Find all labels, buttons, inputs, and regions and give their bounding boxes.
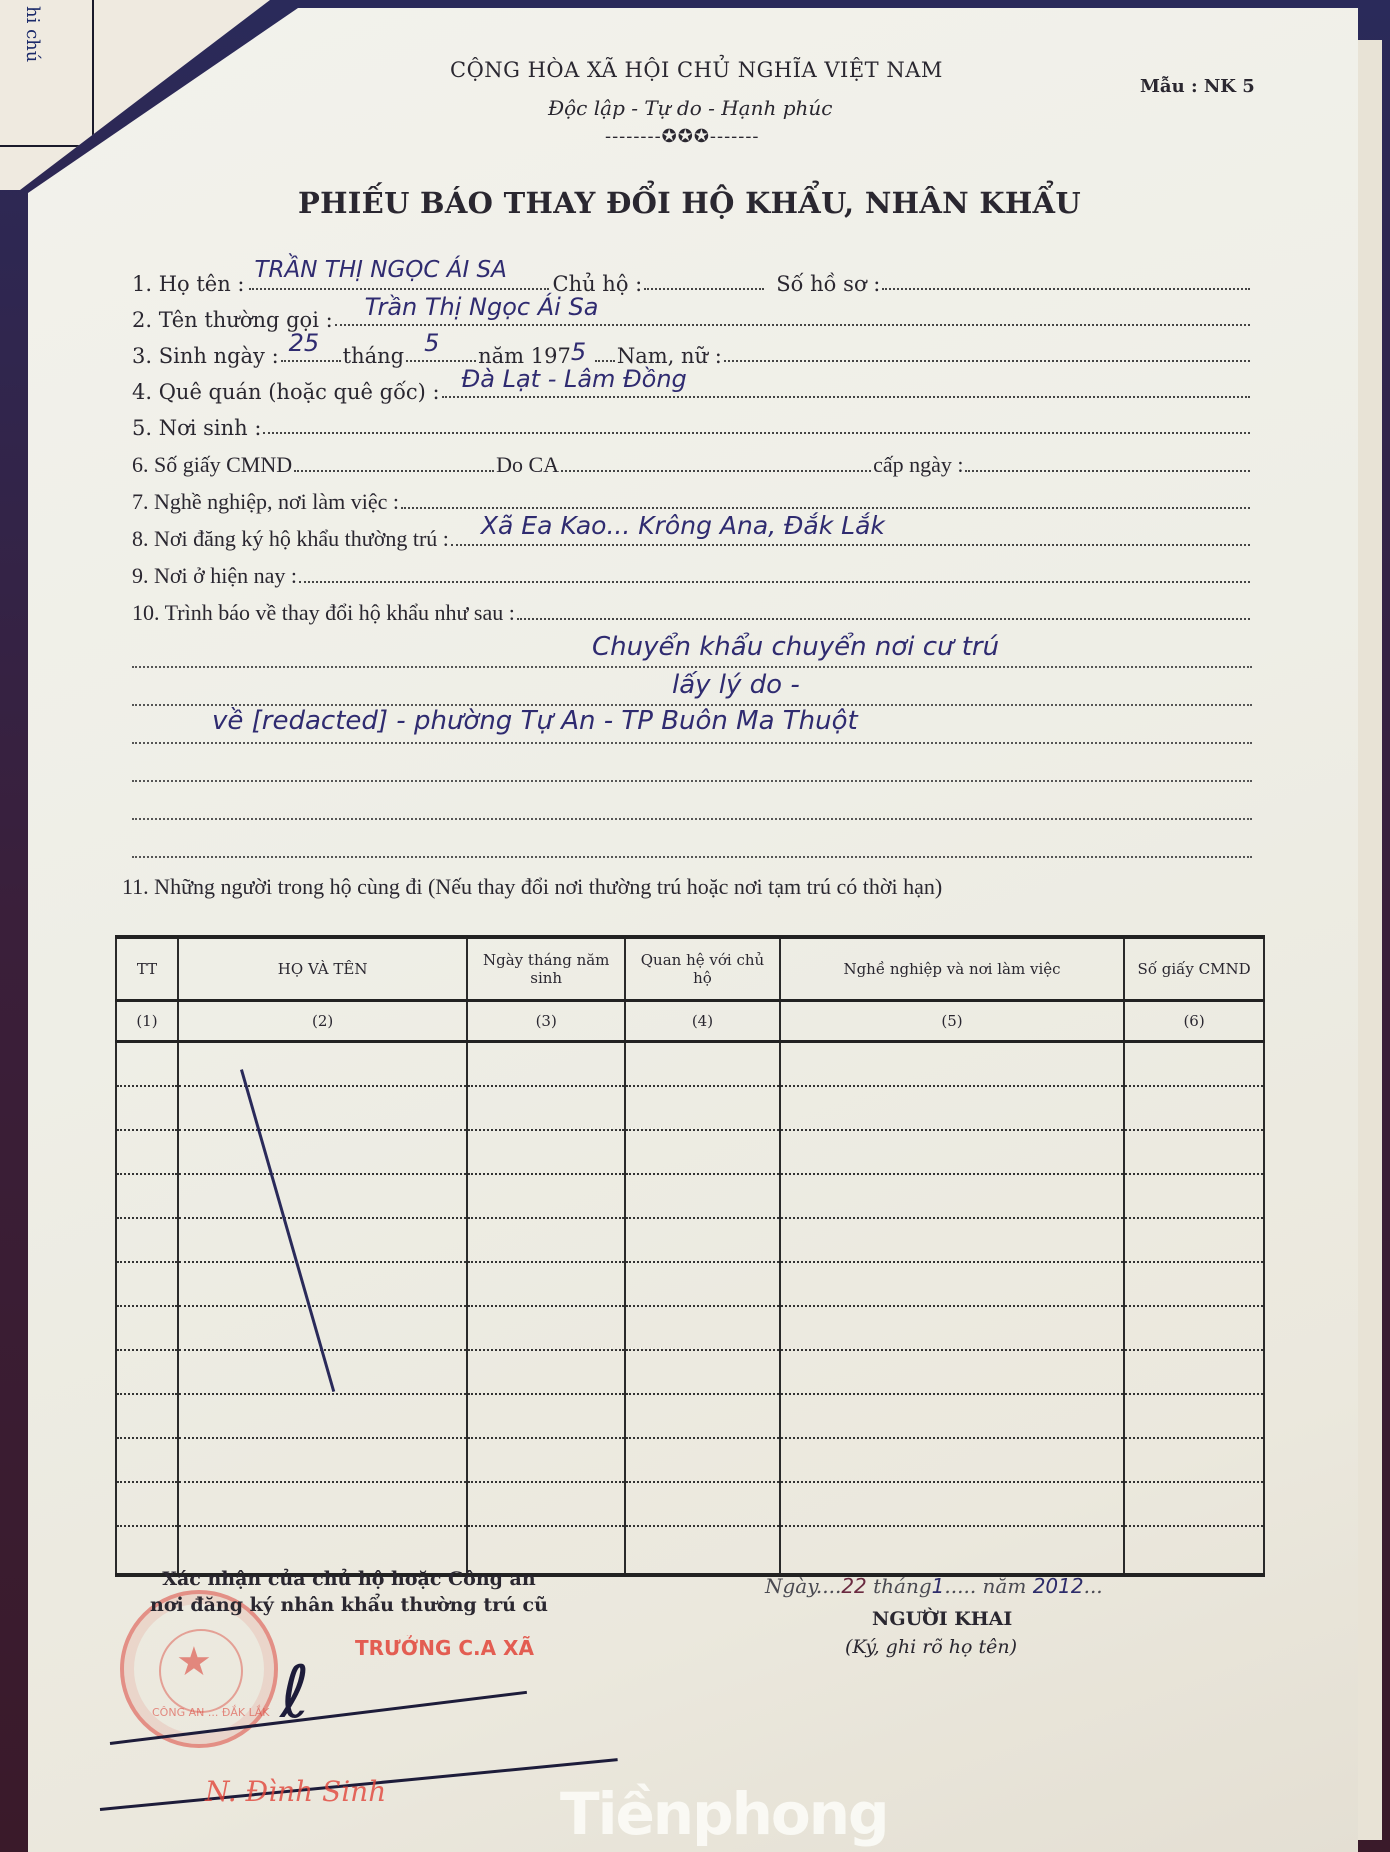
table-cell[interactable] (116, 1482, 178, 1526)
column-header-tt: TT (116, 937, 178, 1001)
table-cell[interactable] (116, 1306, 178, 1350)
table-row (116, 1394, 1264, 1438)
declaration-date: Ngày....22 tháng1..... năm 2012... (765, 1574, 1103, 1598)
change-report-line-3[interactable]: về [redacted] - phường Tự An - TP Buôn M… (132, 742, 1252, 744)
official-title: TRƯỞNG C.A XÃ (355, 1636, 534, 1660)
table-cell[interactable] (467, 1306, 625, 1350)
table-cell[interactable] (625, 1350, 780, 1394)
label-accompanying-members: 11. Những người trong hộ cùng đi (Nếu th… (122, 874, 942, 900)
accompanying-members-table: TT HỌ VÀ TÊN Ngày tháng năm sinh Quan hệ… (115, 935, 1265, 1577)
column-header-occupation: Nghề nghiệp và nơi làm việc (780, 937, 1124, 1001)
star-icon: ★ (176, 1639, 212, 1685)
table-cell[interactable] (1124, 1262, 1264, 1306)
table-cell[interactable] (625, 1438, 780, 1482)
table-cell[interactable] (116, 1262, 178, 1306)
table-cell[interactable] (467, 1130, 625, 1174)
label-occupation: 7. Nghề nghiệp, nơi làm việc : (132, 489, 399, 515)
change-report-line-4[interactable] (132, 780, 1252, 782)
field-occupation: 7. Nghề nghiệp, nơi làm việc : (132, 481, 1252, 515)
field-full-name: 1. Họ tên : TRẦN THỊ NGỌC ÁI SA Chủ hộ :… (132, 262, 1252, 296)
permanent-residence-input[interactable]: Xã Ea Kao... Krông Ana, Đắk Lắk (451, 543, 1250, 546)
field-birth-date: 3. Sinh ngày : 25 tháng 5 năm 197 5 Nam,… (132, 334, 1252, 368)
form-code: Mẫu : NK 5 (1140, 76, 1255, 97)
table-cell[interactable] (780, 1526, 1124, 1575)
common-name-input[interactable]: Trần Thị Ngọc Ái Sa (335, 323, 1250, 326)
table-row (116, 1438, 1264, 1482)
label-change-report: 10. Trình báo về thay đổi hộ khẩu như sa… (132, 600, 515, 626)
issued-by-input[interactable] (561, 469, 871, 472)
column-index: (1) (116, 1001, 178, 1042)
table-cell[interactable] (467, 1262, 625, 1306)
table-cell[interactable] (467, 1174, 625, 1218)
change-report-line-6[interactable] (132, 856, 1252, 858)
table-cell[interactable] (625, 1086, 780, 1130)
column-header-id-number: Số giấy CMND (1124, 937, 1264, 1001)
table-cell[interactable] (116, 1350, 178, 1394)
field-birthplace: 5. Nơi sinh : (132, 406, 1252, 440)
table-cell[interactable] (116, 1130, 178, 1174)
table-cell[interactable] (625, 1174, 780, 1218)
field-current-residence: 9. Nơi ở hiện nay : (132, 555, 1252, 589)
date-year: 2012 (1033, 1574, 1084, 1598)
table-cell[interactable] (178, 1042, 467, 1087)
table-cell[interactable] (780, 1218, 1124, 1262)
table-cell[interactable] (178, 1218, 467, 1262)
change-report-line-0[interactable] (517, 617, 1250, 620)
table-cell[interactable] (1124, 1350, 1264, 1394)
label-file-number: Số hồ sơ : (776, 272, 880, 296)
label-birth-day: 3. Sinh ngày : (132, 344, 279, 368)
table-cell[interactable] (780, 1306, 1124, 1350)
change-report-line-1[interactable]: Chuyển khẩu chuyển nơi cư trú (132, 666, 1252, 668)
official-name: N. Đình Sinh (205, 1775, 386, 1808)
table-body (116, 1042, 1264, 1576)
label-current-residence: 9. Nơi ở hiện nay : (132, 563, 297, 589)
table-cell[interactable] (780, 1394, 1124, 1438)
table-cell[interactable] (780, 1350, 1124, 1394)
column-header-full-name: HỌ VÀ TÊN (178, 937, 467, 1001)
table-index-row: (1) (2) (3) (4) (5) (6) (116, 1001, 1264, 1042)
column-index: (5) (780, 1001, 1124, 1042)
table-cell[interactable] (780, 1438, 1124, 1482)
field-change-report: 10. Trình báo về thay đổi hộ khẩu như sa… (132, 592, 1252, 626)
table-cell[interactable] (625, 1130, 780, 1174)
table-cell[interactable] (178, 1262, 467, 1306)
ornament-divider: --------✪✪✪------- (605, 126, 759, 147)
table-cell[interactable] (625, 1306, 780, 1350)
label-birth-month: tháng (343, 344, 404, 368)
table-cell[interactable] (116, 1218, 178, 1262)
household-head-input[interactable] (644, 287, 764, 290)
table-cell[interactable] (625, 1262, 780, 1306)
column-index: (4) (625, 1001, 780, 1042)
table-cell[interactable] (1124, 1394, 1264, 1438)
confirmation-label-line2: nơi đăng ký nhân khẩu thường trú cũ (150, 1592, 548, 1618)
table-cell[interactable] (625, 1526, 780, 1575)
hometown-input[interactable]: Đà Lạt - Lâm Đồng (442, 395, 1250, 398)
table-cell[interactable] (625, 1042, 780, 1087)
table-cell[interactable] (467, 1394, 625, 1438)
table-cell[interactable] (625, 1218, 780, 1262)
full-name-input[interactable]: TRẦN THỊ NGỌC ÁI SA (249, 287, 549, 290)
table-row (116, 1042, 1264, 1087)
field-common-name: 2. Tên thường gọi : Trần Thị Ngọc Ái Sa (132, 298, 1252, 332)
table-cell[interactable] (178, 1482, 467, 1526)
table-cell[interactable] (116, 1438, 178, 1482)
change-report-line-5[interactable] (132, 818, 1252, 820)
date-month: 1 (932, 1574, 945, 1598)
stamp-text: CÔNG AN ... ĐẮK LẮK (152, 1706, 269, 1719)
table-cell[interactable] (467, 1438, 625, 1482)
table-cell[interactable] (116, 1042, 178, 1087)
table-cell[interactable] (467, 1086, 625, 1130)
birthplace-input[interactable] (263, 431, 1250, 434)
table-cell[interactable] (467, 1218, 625, 1262)
table-cell[interactable] (625, 1482, 780, 1526)
birth-day-input[interactable]: 25 (281, 359, 341, 362)
motto: Độc lập - Tự do - Hạnh phúc (548, 96, 832, 120)
table-cell[interactable] (780, 1130, 1124, 1174)
gender-input[interactable] (724, 359, 1250, 362)
date-day: 22 (841, 1574, 866, 1598)
table-cell[interactable] (1124, 1526, 1264, 1575)
label-full-name: 1. Họ tên : (132, 272, 245, 296)
table-cell[interactable] (467, 1350, 625, 1394)
table-row (116, 1262, 1264, 1306)
column-index: (6) (1124, 1001, 1264, 1042)
table-cell[interactable] (1124, 1130, 1264, 1174)
table-cell[interactable] (1124, 1042, 1264, 1087)
table-cell[interactable] (178, 1130, 467, 1174)
table-cell[interactable] (780, 1174, 1124, 1218)
table-cell[interactable] (1124, 1482, 1264, 1526)
table-row (116, 1350, 1264, 1394)
background-vertical-text: hi chú (22, 6, 43, 62)
table-cell[interactable] (780, 1482, 1124, 1526)
column-index: (2) (178, 1001, 467, 1042)
confirmation-label: Xác nhận của chủ hộ hoặc Công an nơi đăn… (150, 1566, 548, 1618)
field-permanent-residence: 8. Nơi đăng ký hộ khẩu thường trú : Xã E… (132, 518, 1252, 552)
label-date-year: năm (983, 1574, 1027, 1598)
label-hometown: 4. Quê quán (hoặc quê gốc) : (132, 380, 440, 404)
table-cell[interactable] (178, 1306, 467, 1350)
field-id-card: 6. Số giấy CMND Do CA cấp ngày : (132, 444, 1252, 478)
table-cell[interactable] (625, 1394, 780, 1438)
table-cell[interactable] (1124, 1306, 1264, 1350)
table-row (116, 1130, 1264, 1174)
table-cell[interactable] (467, 1042, 625, 1087)
label-issue-date: cấp ngày : (873, 452, 963, 478)
dots (595, 359, 615, 362)
table-cell[interactable] (1124, 1218, 1264, 1262)
occupation-input[interactable] (401, 506, 1250, 509)
table-row (116, 1086, 1264, 1130)
birth-month-input[interactable]: 5 (406, 359, 476, 362)
confirmation-label-line1: Xác nhận của chủ hộ hoặc Công an (150, 1566, 548, 1592)
declarant-note: (Ký, ghi rõ họ tên) (845, 1636, 1017, 1658)
table-cell[interactable] (1124, 1086, 1264, 1130)
issue-date-input[interactable] (965, 469, 1250, 472)
table-cell[interactable] (116, 1086, 178, 1130)
form-title: PHIẾU BÁO THAY ĐỔI HỘ KHẨU, NHÂN KHẨU (298, 186, 1081, 220)
label-date-month: tháng (873, 1574, 932, 1598)
table-cell[interactable] (1124, 1174, 1264, 1218)
label-date-day: Ngày (765, 1574, 816, 1598)
table-cell[interactable] (178, 1086, 467, 1130)
label-birthplace: 5. Nơi sinh : (132, 416, 261, 440)
country-header: CỘNG HÒA XÃ HỘI CHỦ NGHĨA VIỆT NAM (450, 58, 943, 82)
table-cell[interactable] (116, 1394, 178, 1438)
table-cell[interactable] (1124, 1438, 1264, 1482)
table-cell[interactable] (780, 1086, 1124, 1130)
current-residence-input[interactable] (299, 580, 1250, 583)
column-index: (3) (467, 1001, 625, 1042)
table-row (116, 1174, 1264, 1218)
declarant-title: NGƯỜI KHAI (872, 1608, 1012, 1630)
table-cell[interactable] (178, 1438, 467, 1482)
label-permanent-residence: 8. Nơi đăng ký hộ khẩu thường trú : (132, 526, 449, 552)
background-box (0, 0, 94, 147)
table-header-row: TT HỌ VÀ TÊN Ngày tháng năm sinh Quan hệ… (116, 937, 1264, 1001)
label-issued-by: Do CA (496, 452, 559, 478)
table-cell[interactable] (178, 1394, 467, 1438)
table-cell[interactable] (780, 1042, 1124, 1087)
table-row (116, 1482, 1264, 1526)
file-number-input[interactable] (882, 287, 1250, 290)
table-cell[interactable] (467, 1482, 625, 1526)
label-id-number: 6. Số giấy CMND (132, 452, 292, 478)
table-row (116, 1306, 1264, 1350)
column-header-birth-date: Ngày tháng năm sinh (467, 937, 625, 1001)
id-number-input[interactable] (294, 469, 494, 472)
table-cell[interactable] (178, 1174, 467, 1218)
publisher-watermark: Tiềnphong (560, 1780, 888, 1848)
table-cell[interactable] (780, 1262, 1124, 1306)
column-header-relationship: Quan hệ với chủ hộ (625, 937, 780, 1001)
table-cell[interactable] (116, 1174, 178, 1218)
field-hometown: 4. Quê quán (hoặc quê gốc) : Đà Lạt - Lâ… (132, 370, 1252, 404)
